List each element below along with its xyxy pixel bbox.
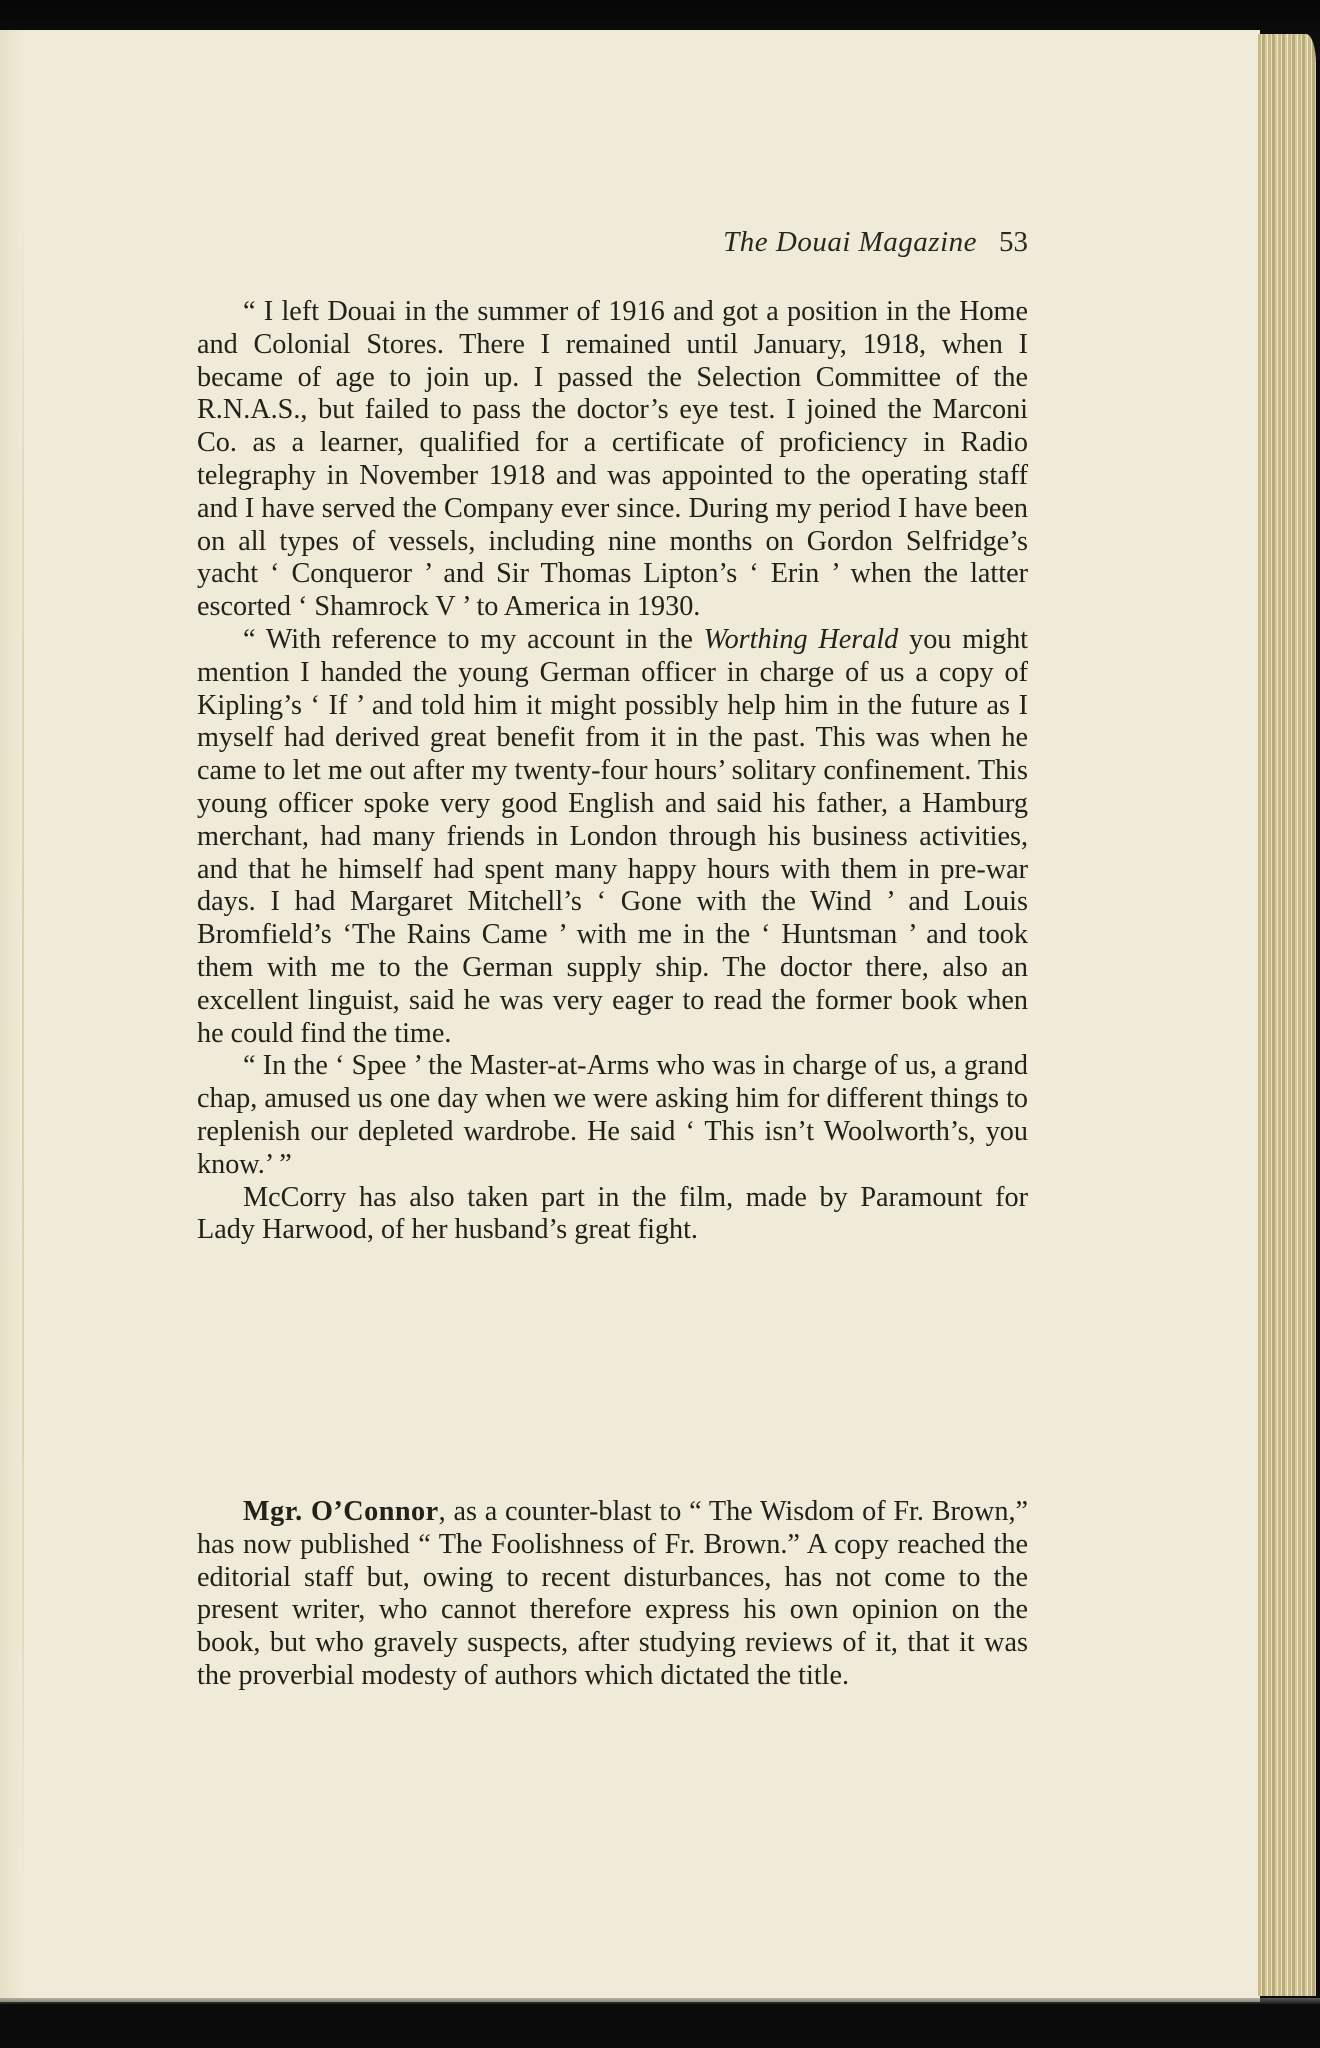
paragraph-2: “ With reference to my account in the Wo… [197, 624, 1028, 1050]
paragraph-1: “ I left Douai in the summer of 1916 and… [197, 296, 1028, 624]
article-mccorry: “ I left Douai in the summer of 1916 and… [197, 296, 1028, 1247]
paragraph-4: McCorry has also taken part in the film,… [197, 1182, 1028, 1248]
running-head: The Douai Magazine53 [197, 224, 1028, 260]
paragraph-3: “ In the ‘ Spee ’ the Master-at-Arms who… [197, 1050, 1028, 1181]
magazine-title: The Douai Magazine [723, 226, 977, 258]
paragraph-2-rest: you might mention I handed the young Ger… [197, 624, 1028, 1049]
lead-name: Mgr. O’Connor [243, 1496, 439, 1527]
gutter-crease [22, 190, 24, 1910]
page-edges-stack [1258, 34, 1316, 1996]
paragraph-oconnor: Mgr. O’Connor, as a counter-blast to “ T… [197, 1496, 1028, 1693]
newspaper-title: Worthing Herald [704, 624, 899, 655]
article-oconnor: Mgr. O’Connor, as a counter-blast to “ T… [197, 1496, 1028, 1693]
page-number: 53 [999, 226, 1028, 258]
paragraph-2-start: “ With reference to my account in the [243, 624, 704, 655]
page-bottom-edge [0, 1998, 1320, 2004]
